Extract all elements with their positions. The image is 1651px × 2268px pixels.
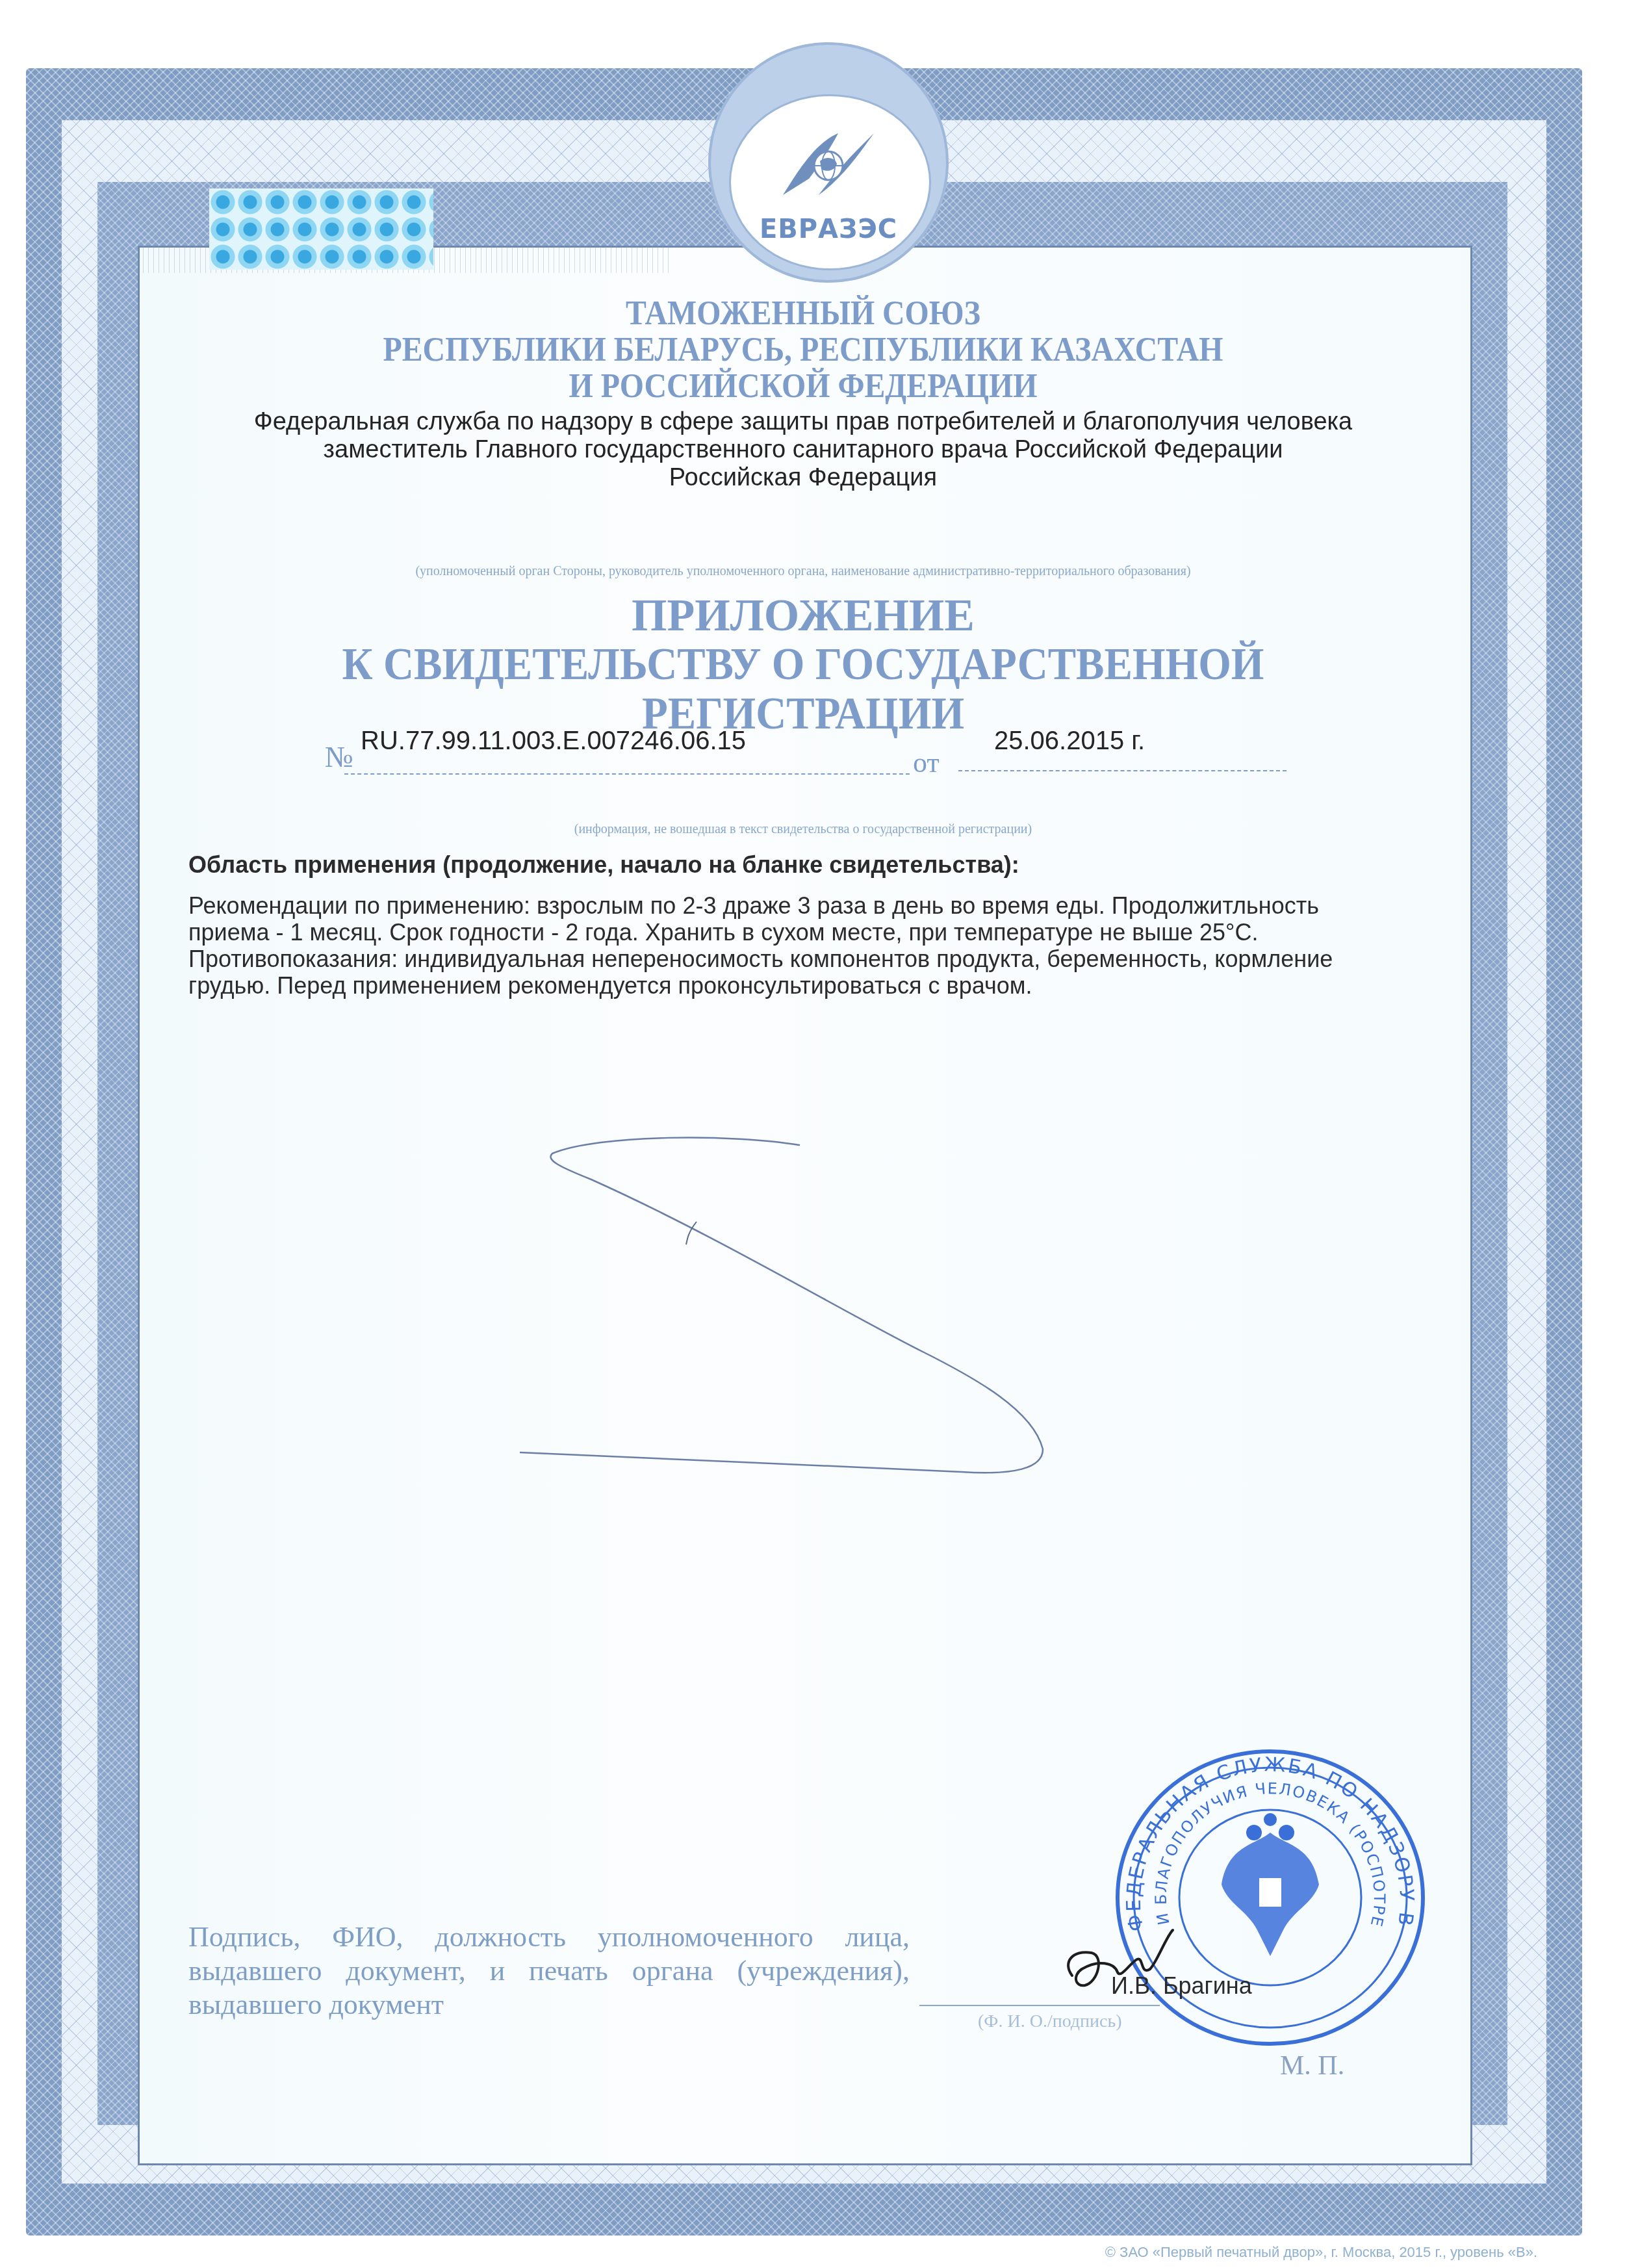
signer-name: И.В. Брагина <box>1111 1972 1252 2000</box>
date-label: от <box>913 746 940 779</box>
authority-line-2: заместитель Главного государственного са… <box>138 436 1468 464</box>
cancellation-scribble <box>520 1105 1105 1495</box>
union-line-2: РЕСПУБЛИКИ БЕЛАРУСЬ, РЕСПУБЛИКИ КАЗАХСТА… <box>191 332 1415 368</box>
eurasec-globe-icon <box>780 130 877 201</box>
number-underline <box>344 773 910 775</box>
emblem-label: ЕВРАЗЭС <box>689 214 968 244</box>
date-underline <box>958 770 1286 771</box>
registration-row: № RU.77.99.11.003.E.007246.06.15 от 25.0… <box>325 721 1286 773</box>
registration-number: RU.77.99.11.003.E.007246.06.15 <box>361 727 746 756</box>
registration-caption: (информация, не вошедшая в текст свидете… <box>138 822 1468 837</box>
number-label: № <box>325 740 353 774</box>
printer-credit: © ЗАО «Первый печатный двор», г. Москва,… <box>1105 2244 1537 2261</box>
document-title: ПРИЛОЖЕНИЕ <box>138 591 1468 641</box>
signature-caption: Подпись, ФИО, должность уполномоченного … <box>188 1920 910 2022</box>
scope-section: Область применения (продолжение, начало … <box>188 851 1390 999</box>
authority-caption: (уполномоченный орган Стороны, руководит… <box>138 564 1468 579</box>
hologram-sticker <box>209 188 433 270</box>
signer-caption: (Ф. И. О./подпись) <box>978 2011 1122 2032</box>
union-line-3: И РОССИЙСКОЙ ФЕДЕРАЦИИ <box>191 368 1415 405</box>
signature-underline <box>919 2005 1160 2006</box>
authority-block: Федеральная служба по надзору в сфере за… <box>138 408 1468 492</box>
scope-heading: Область применения (продолжение, начало … <box>188 851 1390 878</box>
scope-text: Рекомендации по применению: взрослым по … <box>188 892 1390 999</box>
authority-line-1: Федеральная служба по надзору в сфере за… <box>138 408 1468 436</box>
authority-line-3: Российская Федерация <box>138 464 1468 492</box>
union-line-1: ТАМОЖЕННЫЙ СОЮЗ <box>191 296 1415 332</box>
union-header: ТАМОЖЕННЫЙ СОЮЗ РЕСПУБЛИКИ БЕЛАРУСЬ, РЕС… <box>191 296 1415 405</box>
registration-date: 25.06.2015 г. <box>994 727 1145 756</box>
eurasec-emblem: ЕВРАЗЭС <box>689 42 968 276</box>
seal-mark: М. П. <box>1280 2050 1344 2081</box>
